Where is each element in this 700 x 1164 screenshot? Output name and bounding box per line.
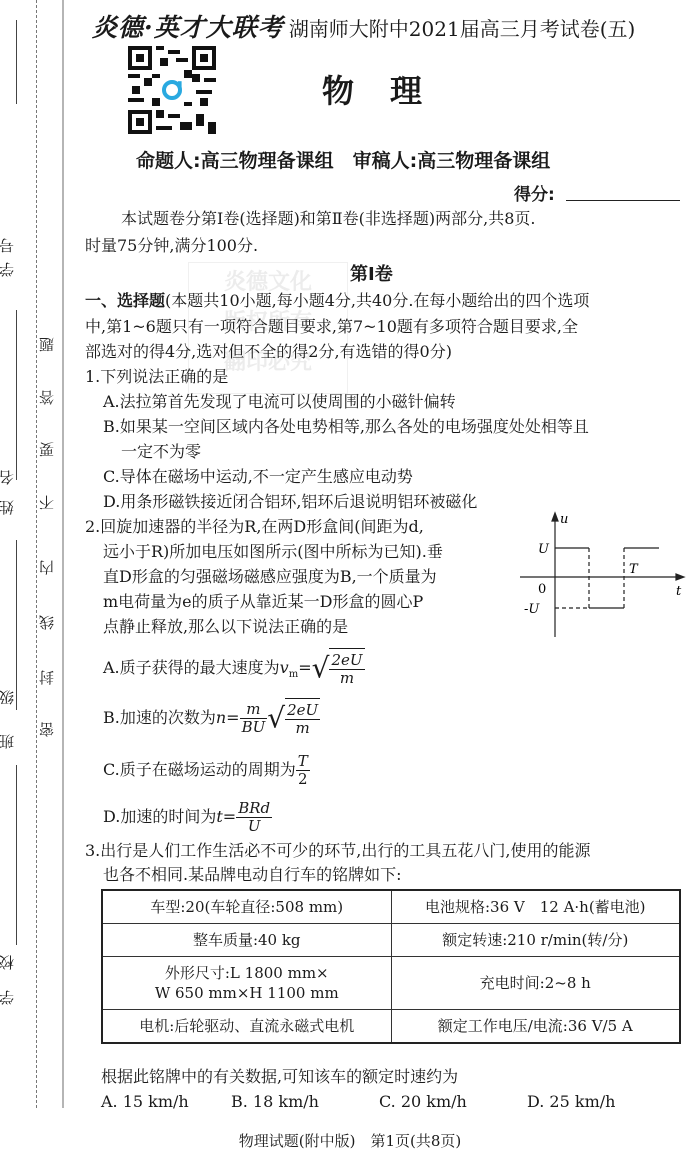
field-label-class-2: 班: [0, 734, 15, 749]
frac-num: T: [296, 753, 310, 771]
field-label-student-id: 学: [0, 262, 15, 277]
q3-stem-line: 也各不相同.某品牌电动自行车的铭牌如下:: [103, 864, 401, 886]
table-cell: 额定转速:210 r/min(转/分): [391, 924, 680, 957]
math-var: v: [280, 658, 289, 677]
q2-stem-line: 点静止释放,那么以下说法正确的是: [103, 616, 348, 638]
x-axis-label: t: [676, 584, 682, 599]
field-line-student-id: [16, 20, 17, 104]
seal-char: 要: [40, 442, 55, 457]
frac-num: 2eU: [285, 702, 320, 720]
table-cell: 车型:20(车轮直径:508 mm): [102, 890, 391, 924]
frac-den: m: [329, 670, 364, 687]
sqrt-expression: √2eUm: [267, 698, 320, 739]
voltage-time-graph: u t 0 U -U T: [520, 505, 700, 640]
table-cell: 充电时间:2~8 h: [391, 957, 680, 1010]
q2-stem-line: 2.回旋加速器的半径为R,在两D形盒间(间距为d,: [85, 516, 424, 538]
section-instructions: 一、选择题(本题共10小题,每小题4分,共40分.在每小题给出的四个选项: [85, 290, 589, 312]
subject-title: 物理: [322, 66, 458, 112]
option-text: C.质子在磁场运动的周期为: [103, 760, 296, 779]
low-voltage-label: -U: [524, 602, 540, 617]
field-label-class: 级: [0, 690, 15, 705]
table-cell: 外形尺寸:L 1800 mm× W 650 mm×H 1100 mm: [102, 957, 391, 1010]
q3-stem-line: 3.出行是人们工作生活必不可少的环节,出行的工具五花八门,使用的能源: [85, 840, 590, 862]
qr-code-icon[interactable]: [128, 46, 216, 134]
frac-den: U: [236, 818, 272, 835]
option-text: D.加速的时间为: [103, 807, 216, 826]
q2-option-c[interactable]: C.质子在磁场运动的周期为T2: [103, 750, 310, 790]
field-line-class: [16, 540, 17, 710]
math-sub: m: [289, 669, 298, 680]
field-label-school: 校: [0, 955, 15, 970]
q1-option-c[interactable]: C.导体在磁场中运动,不一定产生感应电动势: [103, 466, 413, 488]
binding-border: [62, 0, 64, 1108]
seal-char: 不: [40, 495, 55, 510]
period-label: T: [629, 562, 639, 577]
seal-char: 题: [40, 337, 55, 352]
q3-option-b[interactable]: B. 18 km/h: [231, 1091, 319, 1113]
exam-header: 炎德·英才大联考 湖南师大附中2021届高三月考试卷(五): [92, 8, 635, 44]
seal-dotted-line: [36, 0, 37, 1108]
instructions-line-2: 中,第1~6题只有一项符合题目要求,第7~10题有多项符合题目要求,全: [85, 316, 578, 338]
score-label: 得分:: [514, 180, 555, 205]
table-row: 整车质量:40 kg 额定转速:210 r/min(转/分): [102, 924, 680, 957]
section-heading: 一、选择题: [85, 291, 165, 310]
sqrt-icon: √: [312, 652, 330, 685]
section-title: 第Ⅰ卷: [350, 260, 393, 286]
q1-option-d[interactable]: D.用条形磁铁接近闭合铝环,铝环后退说明铝环被磁化: [103, 491, 477, 513]
table-row: 车型:20(车轮直径:508 mm) 电池规格:36 V 12 A·h(蓄电池): [102, 890, 680, 924]
option-text: B.加速的次数为: [103, 708, 216, 727]
frac-den: 2: [296, 771, 310, 788]
field-label-school-2: 学: [0, 990, 15, 1005]
seal-char: 密: [40, 722, 55, 737]
seal-char: 线: [40, 615, 55, 630]
q3-followup: 根据此铭牌中的有关数据,可知该车的额定时速约为: [101, 1066, 458, 1088]
field-line-school: [16, 765, 17, 945]
frac-den: m: [285, 720, 320, 737]
table-cell: 整车质量:40 kg: [102, 924, 391, 957]
seal-char: 封: [40, 670, 55, 685]
field-label-student-id-2: 号: [0, 238, 15, 253]
instructions-line-3: 部选对的得4分,选对但不全的得2分,有选错的得0分): [85, 341, 452, 363]
q2-stem-line: 远小于R)所加电压如图所示(图中所标为已知).垂: [103, 541, 443, 563]
q2-option-b[interactable]: B.加速的次数为n=mBU√2eUm: [103, 698, 320, 739]
instructions-text: (本题共10小题,每小题4分,共40分.在每小题给出的四个选项: [165, 291, 589, 310]
field-line-name: [16, 310, 17, 480]
math-var: n=: [216, 708, 240, 727]
q3-option-d[interactable]: D. 25 km/h: [527, 1091, 615, 1113]
y-axis-label: u: [560, 512, 568, 527]
q1-option-b[interactable]: B.如果某一空间区域内各处电势相等,那么各处的电场强度处处相等且: [103, 416, 589, 438]
math-eq: =: [298, 658, 311, 677]
high-voltage-label: U: [538, 542, 550, 557]
table-cell-line: 外形尺寸:L 1800 mm×: [107, 963, 387, 983]
intro-line-2: 时量75分钟,满分100分.: [85, 235, 258, 257]
origin-label: 0: [538, 582, 546, 597]
frac-num: 2eU: [329, 652, 364, 670]
q1-option-a[interactable]: A.法拉第首先发现了电流可以使周围的小磁针偏转: [103, 391, 456, 413]
table-cell: 电机:后轮驱动、直流永磁式电机: [102, 1010, 391, 1044]
authors-line: 命题人:高三物理备课组 审稿人:高三物理备课组: [136, 146, 550, 173]
seal-char: 答: [40, 390, 55, 405]
frac-num: m: [240, 701, 268, 719]
intro-line-1: 本试题卷分第Ⅰ卷(选择题)和第Ⅱ卷(非选择题)两部分,共8页.: [121, 208, 536, 230]
q2-stem-line: 直D形盒的匀强磁场磁感应强度为B,一个质量为: [103, 566, 437, 588]
field-label-name: 名: [0, 470, 15, 485]
table-row: 电机:后轮驱动、直流永磁式电机 额定工作电压/电流:36 V/5 A: [102, 1010, 680, 1044]
q2-option-a[interactable]: A.质子获得的最大速度为vm=√2eUm: [103, 648, 365, 695]
table-row: 外形尺寸:L 1800 mm× W 650 mm×H 1100 mm 充电时间:…: [102, 957, 680, 1010]
frac-num: BRd: [236, 800, 272, 818]
q2-option-d[interactable]: D.加速的时间为t=BRdU: [103, 797, 272, 837]
field-label-name-2: 姓: [0, 500, 15, 515]
brand-name: 炎德·英才大联考: [92, 13, 284, 42]
spec-table: 车型:20(车轮直径:508 mm) 电池规格:36 V 12 A·h(蓄电池)…: [101, 889, 681, 1044]
sqrt-expression: √2eUm: [312, 648, 365, 689]
table-cell-line: W 650 mm×H 1100 mm: [107, 983, 387, 1003]
exam-title: 湖南师大附中2021届高三月考试卷(五): [289, 17, 636, 41]
math-var: t=: [216, 807, 236, 826]
q2-stem-line: m电荷量为e的质子从靠近某一D形盒的圆心P: [103, 591, 423, 613]
q3-option-c[interactable]: C. 20 km/h: [379, 1091, 467, 1113]
frac-den: BU: [240, 719, 268, 736]
table-cell: 额定工作电压/电流:36 V/5 A: [391, 1010, 680, 1044]
option-text: A.质子获得的最大速度为: [103, 658, 280, 677]
page-footer: 物理试题(附中版) 第1页(共8页): [0, 1130, 700, 1151]
q1-stem: 1.下列说法正确的是: [85, 366, 228, 388]
score-input[interactable]: [566, 200, 680, 201]
q1-option-b-cont: 一定不为零: [121, 441, 201, 463]
sqrt-icon: √: [267, 702, 285, 735]
table-cell: 电池规格:36 V 12 A·h(蓄电池): [391, 890, 680, 924]
seal-char: 内: [40, 560, 55, 575]
q3-option-a[interactable]: A. 15 km/h: [101, 1091, 189, 1113]
